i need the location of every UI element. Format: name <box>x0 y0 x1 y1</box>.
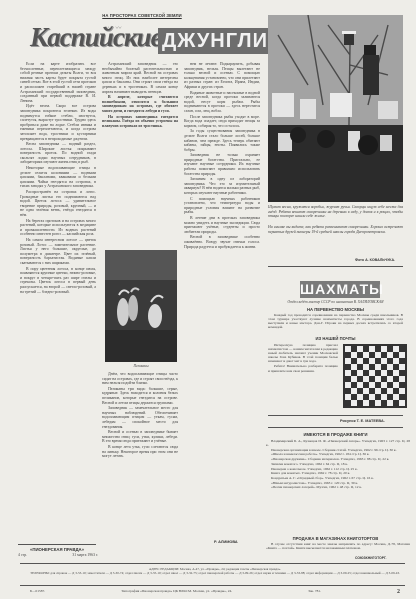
title-block: ДЖУНГЛИ <box>158 28 272 54</box>
paragraph: Распространён на островах и лотос. Грома… <box>20 190 96 218</box>
books-title: ИМЕЮТСЯ В ПРОДАЖЕ КНИГИ <box>268 432 403 437</box>
newspaper-page: НА ПРОСТОРАХ СОВЕТСКОЙ ЗЕМЛИ 〰 〰 Каспийс… <box>0 0 416 599</box>
photo-credit: Фото А. КОВАЛЬЧУКА. <box>355 258 395 262</box>
book-item: Пионерам о комсомоле. Учпедгиз, 1962 г. … <box>266 467 410 471</box>
chess-section-2-title: ИЗ НАШЕЙ ПОЧТЫ <box>268 336 403 341</box>
birdhouses-photo <box>268 15 403 202</box>
board-square <box>399 400 405 406</box>
rubric-heading: НА ПРОСТОРАХ СОВЕТСКОЙ ЗЕМЛИ <box>96 13 188 18</box>
page-count: 4 стр. <box>18 553 27 557</box>
book-item: Пионерская организация в школе. Сборник … <box>266 448 410 452</box>
book-item: Записки вожатого. Учпедгиз, 1962 г. 64 с… <box>266 462 410 466</box>
divider <box>268 266 403 267</box>
paragraph: На островах заповедника гнездятся пелика… <box>102 115 178 129</box>
chess-editor-line: Отдел ведёт мастер СССР по шахматам В. Х… <box>268 300 403 304</box>
footer-divider <box>20 563 405 564</box>
issue-meta: 4 стр. 31 марта 1963 г. <box>18 553 98 557</box>
imprint-code: Б—01587. <box>30 589 45 595</box>
book-item: Книга для вожатых. Учпедгиз, 1962 г. 78 … <box>266 471 410 475</box>
paragraph: Весной в заповеднике особенно оживлённо.… <box>184 235 260 249</box>
order-number: Зак. 781. <box>308 589 321 595</box>
footer-divider <box>20 585 405 586</box>
issue-date: 31 марта 1963 г. <box>72 553 98 557</box>
paragraph: На самом интересном лотосе — цветок розо… <box>20 238 96 266</box>
newspaper-name: «ПИОНЕРСКАЯ ПРАВДА» <box>18 547 96 552</box>
paragraph: Весной и осенью в заповеднике бывает мно… <box>102 430 178 444</box>
book-item: «Пионерская дружина». Сборник материалов… <box>266 457 410 461</box>
paragraph: Загляним в одну из лабораторий заповедни… <box>184 177 260 195</box>
pelicans-photo <box>105 250 177 362</box>
article-author: Р. АЛИМОВА <box>214 540 238 544</box>
printer-info: Типография «Пионерская правда» ЦК ВЛКСМ.… <box>121 589 232 595</box>
paragraph: В конце лета утка, гуси слетаются сюда н… <box>102 445 178 459</box>
photo-caption-1: Шумит весна, кружатся воробьи, журчат ру… <box>268 205 403 219</box>
divider <box>268 427 403 428</box>
paragraph: На берегах протоков и на островах много … <box>20 219 96 237</box>
pelicans-image <box>105 250 177 362</box>
paragraph: В пору цветения лотоса, в конце июля, по… <box>20 267 96 295</box>
paragraph: С помощью научных работников установлено… <box>184 197 260 215</box>
books-sub-text: В случае отсутствия книг на месте заказы… <box>266 542 410 551</box>
article-column-1: Если на карте изобразить все бесчисленны… <box>20 62 96 540</box>
paragraph: В летние дни в протоках заповедника можн… <box>184 216 260 234</box>
imprint-line: Б—01587. Типография «Пионерская правда» … <box>30 589 400 595</box>
divider <box>18 544 96 545</box>
article-column-2-top: Астраханский заповедник — это необычайно… <box>102 62 178 244</box>
paragraph: Водяные животные и насекомые в водной ср… <box>184 91 260 114</box>
chess-section-1-title: НА ПЕРВЕНСТВО МОСКВЫ <box>268 307 403 312</box>
book-item: «Юным натуралистам». Учпедгиз, 1963 г. 1… <box>266 481 410 485</box>
draughts-board-diagram <box>343 344 407 408</box>
paragraph: В апреле, которые считаются волшебными, … <box>102 95 178 113</box>
paragraph: нем не летают. Подкараулить, добывая зап… <box>184 62 260 90</box>
chess-section-title: ШАХМАТЫ <box>300 281 380 298</box>
paragraph: Весна заповедника — водный раздел, лотос… <box>20 142 96 165</box>
birdhouses-image <box>268 15 403 202</box>
divider <box>268 415 403 416</box>
paragraph: Пеликаны три вида: большие, серые, кудря… <box>102 387 178 405</box>
photo-caption-2: На снимке вы видите, как ребята развешив… <box>268 225 403 234</box>
paragraph: Заповедник не только охраняет природные … <box>184 153 260 176</box>
paragraph: Некоторые водоплавающие птицы в дельте с… <box>20 166 96 189</box>
chess-section-2-text: Интересную позицию прислал шахматистам —… <box>268 343 338 403</box>
title-script: Каспийские <box>30 22 162 53</box>
chess-credit: Рисунок Т. Е. МАТЕЕВА. <box>340 419 385 423</box>
paragraph: В случае отсутствия книг на месте заказы… <box>266 542 410 550</box>
paragraph: Днём, что водоплавающие птицы часто сидя… <box>102 372 178 386</box>
paragraph: Интересную позицию прислал шахматистам —… <box>268 343 338 363</box>
book-item: Кондратьев А. Г. «Отрядный сбор». Учпедг… <box>266 476 410 480</box>
article-title: 〰 〰 Каспийские ДЖУНГЛИ <box>28 22 258 58</box>
books-list: Владимирский Б. А., Кузнецов И. Ф. «Пион… <box>266 439 410 490</box>
books-signature: СОЮЗКНИГОТОРГ. <box>355 556 386 560</box>
paragraph: Ребята! Внимательно разберите позицию и … <box>268 364 338 372</box>
page-number: 2 <box>397 589 400 595</box>
paragraph: Заповедник — замечательное место для нау… <box>102 406 178 429</box>
editorial-address: АДРЕС РЕДАКЦИИ: Москва, А-47, ул. «Правд… <box>30 567 400 575</box>
book-item: «Школа и внеклассная работа». Учпедгиз, … <box>266 452 410 456</box>
paragraph: Если на карте изобразить все бесчисленны… <box>20 62 96 103</box>
paragraph: Астраханский заповедник — это необычайно… <box>102 62 178 94</box>
photo-caption: Пеликаны <box>105 364 177 368</box>
article-column-2-bottom: Днём, что водоплавающие птицы часто сидя… <box>102 372 178 547</box>
book-item: «Песни пионерских лагерей». Музгиз, 1962… <box>266 485 410 489</box>
chess-section-1-text: Каждый год проводятся соревнования на пе… <box>268 313 403 333</box>
paragraph: Идёт весна. Скоро все острова заповедник… <box>20 104 96 141</box>
article-column-3: нем не летают. Подкараулить, добывая зап… <box>184 62 260 532</box>
books-sub-title: ПРОДАЖА В МАГАЗИНАХ КНИГОТОРГОВ <box>268 536 403 541</box>
phones-line: ТЕЛЕФОНЫ: для справок — Д 3-53-10; замес… <box>30 571 400 575</box>
book-item: Владимирский Б. А., Кузнецов И. Ф. «Пион… <box>266 439 410 447</box>
paragraph: Каждый год проводятся соревнования на пе… <box>268 313 403 329</box>
paragraph: После заповедника рыбы уходят в море. Ко… <box>184 115 260 129</box>
paragraph: За годы существования заповедника в дель… <box>184 129 260 152</box>
